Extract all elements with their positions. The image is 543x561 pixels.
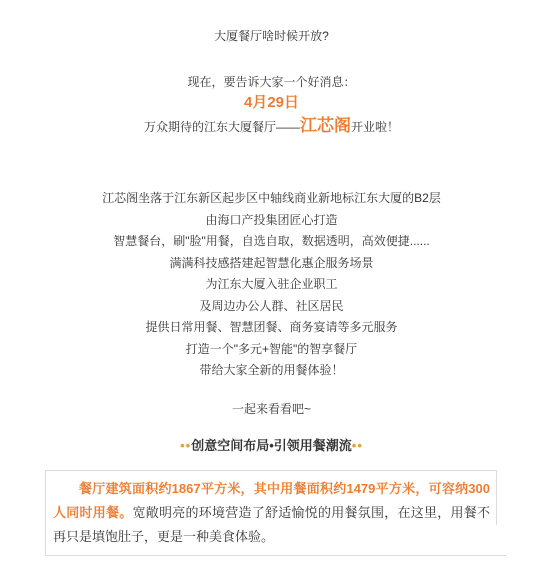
description-line: 为江东大厦入驻企业职工 [0,274,543,296]
description-line: 及周边办公人群、社区居民 [0,296,543,318]
opening-statement: 万众期待的江东大厦餐厅——江芯阁开业啦！ [0,115,543,138]
decor-dots-right: •• [352,438,363,453]
restaurant-name: 江芯阁 [300,116,351,135]
description-line: 智慧餐台，刷"脸"用餐，自选自取，数据透明，高效便捷...... [0,231,543,253]
opening-suffix: 开业啦！ [351,120,399,134]
description-line: 打造一个"多元+智能"的智享餐厅 [0,339,543,361]
description-block: 江芯阁坐落于江东新区起步区中轴线商业新地标江东大厦的B2层 由海口产投集团匠心打… [0,188,543,382]
intro-announce: 现在，要告诉大家一个好消息： [0,74,543,90]
section-header: ••创意空间布局•引领用餐潮流•• [0,437,543,455]
intro-question: 大厦餐厅啥时候开放? [0,28,543,44]
article-body: 大厦餐厅啥时候开放? 现在，要告诉大家一个好消息： 4月29日 万众期待的江东大… [0,0,543,556]
opening-date: 4月29日 [0,94,543,112]
description-line: 提供日常用餐、智慧团餐、商务宴请等多元服务 [0,317,543,339]
opening-prefix: 万众期待的江东大厦餐厅—— [144,120,300,134]
description-line: 由海口产投集团匠心打造 [0,210,543,232]
article-page: 大厦餐厅啥时候开放? 现在，要告诉大家一个好消息： 4月29日 万众期待的江东大… [0,0,543,561]
frame-gap [496,525,497,556]
description-line: 满满科技感搭建起智慧化惠企服务场景 [0,253,543,275]
description-line: 带给大家全新的用餐体验！ [0,360,543,382]
frame-bottom-rule [45,555,506,556]
description-line: 江芯阁坐落于江东新区起步区中轴线商业新地标江东大厦的B2层 [0,188,543,210]
section-title: 创意空间布局•引领用餐潮流 [191,438,352,453]
cta-text: 一起来看看吧~ [0,399,543,420]
highlight-box: 餐厅建筑面积约1867平方米，其中用餐面积约1479平方米，可容纳300人同时用… [45,470,497,556]
highlight-paragraph: 餐厅建筑面积约1867平方米，其中用餐面积约1479平方米，可容纳300人同时用… [53,477,490,549]
decor-dots-left: •• [180,438,191,453]
